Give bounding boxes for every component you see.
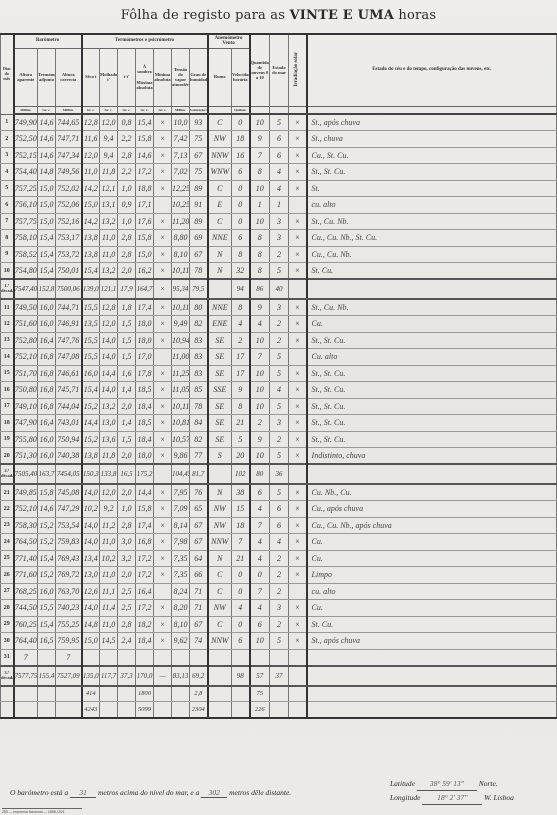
cell-tens: 8,80 — [172, 230, 190, 247]
cell-diff: 2,8 — [118, 616, 136, 633]
cell-max: 170,0 — [136, 666, 154, 686]
cell-max: 16,2 — [136, 263, 154, 280]
day-cell: 12 — [1, 316, 14, 333]
cell-rumo: C — [208, 114, 232, 131]
cell-rumo — [208, 464, 232, 484]
cell-mar: 5 — [270, 114, 289, 131]
cell-min: × — [154, 600, 172, 617]
cell-seco: 15,5 — [82, 349, 100, 366]
cell-hum: 80 — [190, 299, 208, 316]
cell-molh: 13,6 — [100, 431, 118, 448]
table-row: 5757,2515,0752,0214,212,11,018,8×12,2589… — [1, 180, 557, 197]
header-diff: t-t' — [118, 48, 136, 106]
cell-mar: 3 — [270, 299, 289, 316]
table-row: 26771,6015,2769,7213,011,02,017,2×7,3566… — [1, 567, 557, 584]
table-row: 21749,8515,8745,0814,012,02,014,4×7,9576… — [1, 484, 557, 501]
cell-alt-ap: 751,60 — [14, 316, 38, 333]
header-min: Mínima absoluta — [154, 48, 172, 106]
cell-rumo: NW — [208, 131, 232, 148]
cell-hum: 93 — [190, 114, 208, 131]
cell-term: 16,8 — [38, 349, 56, 366]
cell-obs: St., St. Cu. — [307, 398, 557, 415]
day-cell — [1, 702, 14, 718]
cell-diff — [118, 702, 136, 718]
cell-irr — [289, 583, 307, 600]
cell-obs: St., Cu. Nb. — [307, 299, 557, 316]
unit-cell — [289, 106, 307, 114]
table-row: 8758,1015,4753,1713,811,02,815,8×8,8069N… — [1, 230, 557, 247]
cell-alt-ap: 760,25 — [14, 616, 38, 633]
cell-irr: × — [289, 382, 307, 399]
cell-mar — [270, 702, 289, 718]
cell-irr: × — [289, 365, 307, 382]
cell-nuv: 6 — [250, 484, 270, 501]
baro-distance-value: 302 — [201, 788, 227, 798]
cell-vel — [232, 649, 250, 666]
unit-cell — [250, 106, 270, 114]
day-cell: 2 — [1, 131, 14, 148]
cell-irr: × — [289, 114, 307, 131]
cell-term: 16,0 — [38, 316, 56, 333]
cell-vel: 8 — [232, 398, 250, 415]
unit-cell: Gr. c. — [38, 106, 56, 114]
table-row: 27768,2516,0763,7012,611,12,516,48,2471C… — [1, 583, 557, 600]
cell-irr: × — [289, 484, 307, 501]
cell-vel: 0 — [232, 567, 250, 584]
cell-molh: 11,8 — [100, 164, 118, 181]
cell-alt-c: 753,72 — [56, 246, 82, 263]
cell-obs: Cu., St. Cu. — [307, 147, 557, 164]
cell-alt-ap: 750,80 — [14, 382, 38, 399]
table-row: 2752,5014,6747,7111,69,42,215,8×7,4275NW… — [1, 131, 557, 148]
cell-obs: St., St. Cu. — [307, 431, 557, 448]
cell-hum: 71 — [190, 600, 208, 617]
cell-min: × — [154, 299, 172, 316]
cell-diff: 1,4 — [118, 415, 136, 432]
unit-cell — [270, 106, 289, 114]
cell-irr: × — [289, 616, 307, 633]
cell-obs — [307, 666, 557, 686]
cell-obs — [307, 702, 557, 718]
cell-alt-c: 745,08 — [56, 484, 82, 501]
cell-term: 16,4 — [38, 332, 56, 349]
cell-alt-ap — [14, 702, 38, 718]
cell-vel: 16 — [232, 147, 250, 164]
cell-diff: 2,4 — [118, 633, 136, 650]
day-cell: 30 — [1, 633, 14, 650]
cell-seco: 11,6 — [82, 131, 100, 148]
cell-mar: 2 — [270, 316, 289, 333]
day-cell: 24 — [1, 534, 14, 551]
cell-vel: 7 — [232, 534, 250, 551]
cell-tens: 11,25 — [172, 365, 190, 382]
unit-cell: Gr. c. — [100, 106, 118, 114]
cell-hum: 74 — [190, 633, 208, 650]
table-row: 18747,9016,4743,0114,413,01,418,5×10,818… — [1, 415, 557, 432]
cell-hum: 78 — [190, 263, 208, 280]
cell-nuv: 75 — [250, 686, 270, 702]
cell-seco: 15,5 — [82, 332, 100, 349]
cell-nuv: 4 — [250, 550, 270, 567]
cell-max: 17,1 — [136, 197, 154, 214]
header-speed: Velocidade horária — [232, 48, 250, 106]
cell-diff: 0,9 — [118, 197, 136, 214]
cell-molh: 13,0 — [100, 415, 118, 432]
day-cell: 31 — [1, 649, 14, 666]
cell-molh: 9,4 — [100, 147, 118, 164]
cell-max: 164,7 — [136, 279, 154, 299]
cell-alt-ap: 771,40 — [14, 550, 38, 567]
cell-hum: 2304 — [190, 702, 208, 718]
cell-mar: 2 — [270, 550, 289, 567]
cell-nuv: 9 — [250, 431, 270, 448]
day-cell — [1, 686, 14, 702]
cell-alt-ap: 757,25 — [14, 180, 38, 197]
header-sky-state: Estado do céu e do tempo, configuração d… — [307, 34, 557, 106]
cell-irr: × — [289, 398, 307, 415]
cell-vel: 18 — [232, 131, 250, 148]
cell-obs: St. — [307, 180, 557, 197]
header-humidity: Grau de humidade — [190, 48, 208, 106]
cell-diff: 2,8 — [118, 246, 136, 263]
cell-alt-c: 752,02 — [56, 180, 82, 197]
cell-alt-c: 749,56 — [56, 164, 82, 181]
cell-min — [154, 349, 172, 366]
cell-alt-c: 7 — [56, 649, 82, 666]
cell-tens: 10,0 — [172, 114, 190, 131]
cell-alt-ap: 752,15 — [14, 147, 38, 164]
cell-max: 1800 — [136, 686, 154, 702]
table-row: 30764,4016,5759,9515,014,52,418,4×9,6274… — [1, 633, 557, 650]
cell-alt-ap: 752,80 — [14, 332, 38, 349]
cell-term: 16,0 — [38, 583, 56, 600]
cell-irr — [289, 686, 307, 702]
cell-tens: 7,13 — [172, 147, 190, 164]
cell-irr: × — [289, 263, 307, 280]
cell-hum: 67 — [190, 616, 208, 633]
cell-hum: 79,5 — [190, 279, 208, 299]
cell-vel: 94 — [232, 279, 250, 299]
cell-alt-c: 750,01 — [56, 263, 82, 280]
cell-alt-ap: 751,30 — [14, 448, 38, 465]
cell-rumo: NNW — [208, 534, 232, 551]
day-cell: 4 — [1, 164, 14, 181]
coordinates: Latitude 38° 59' 13'' Norte. Longitude 1… — [390, 777, 514, 805]
cell-min: × — [154, 382, 172, 399]
cell-tens: 7,35 — [172, 567, 190, 584]
cell-nuv: 8 — [250, 246, 270, 263]
cell-max: 17,4 — [136, 517, 154, 534]
table-row: 17749,1016,8744,0415,213,22,018,4×10,117… — [1, 398, 557, 415]
cell-max: 18,4 — [136, 431, 154, 448]
cell-tens: 11,00 — [172, 349, 190, 366]
cell-diff — [118, 649, 136, 666]
cell-max: 15,8 — [136, 501, 154, 518]
cell-max: 15,8 — [136, 131, 154, 148]
cell-molh: 117,7 — [100, 666, 118, 686]
table-row: 1749,9014,6744,6512,812,00,815,4×10,093C… — [1, 114, 557, 131]
cell-alt-c: 740,38 — [56, 448, 82, 465]
cell-nuv: 10 — [250, 114, 270, 131]
cell-rumo — [208, 686, 232, 702]
cell-term: 15,4 — [38, 616, 56, 633]
cell-molh: 13,2 — [100, 213, 118, 230]
cell-rumo: NW — [208, 517, 232, 534]
cell-rumo: SE — [208, 365, 232, 382]
cell-molh: 10,2 — [100, 550, 118, 567]
cell-diff: 2,5 — [118, 583, 136, 600]
day-cell: 7 — [1, 213, 14, 230]
header-clouds: Quantidade de nuvens 0 a 10 — [250, 34, 270, 106]
cell-alt-c — [56, 686, 82, 702]
cell-alt-ap: 7547,40 — [14, 279, 38, 299]
cell-max: 15,0 — [136, 246, 154, 263]
cell-tens: 83,13 — [172, 666, 190, 686]
cell-seco: 15,5 — [82, 299, 100, 316]
cell-mar: 5 — [270, 349, 289, 366]
cell-vel: 6 — [232, 230, 250, 247]
cell-obs: St., St. Cu. — [307, 164, 557, 181]
cell-max: 18,5 — [136, 382, 154, 399]
cell-molh: 121,1 — [100, 279, 118, 299]
cell-obs: St., Cu. Nb. — [307, 213, 557, 230]
cell-alt-ap: 755,80 — [14, 431, 38, 448]
cell-vel: 0 — [232, 616, 250, 633]
cell-molh: 14,0 — [100, 349, 118, 366]
cell-tens: 7,09 — [172, 501, 190, 518]
cell-rumo — [208, 666, 232, 686]
cell-hum: 82 — [190, 316, 208, 333]
cell-hum: 85 — [190, 382, 208, 399]
cell-alt-ap: 747,90 — [14, 415, 38, 432]
title-suffix: horas — [394, 8, 436, 23]
cell-alt-ap: 7577,75 — [14, 666, 38, 686]
cell-nuv: 7 — [250, 147, 270, 164]
cell-alt-ap: 752,10 — [14, 349, 38, 366]
table-row: 25771,4015,4769,4313,410,23,217,2×7,3564… — [1, 550, 557, 567]
cell-term: 16,0 — [38, 431, 56, 448]
cell-irr — [289, 702, 307, 718]
cell-vel: 18 — [232, 517, 250, 534]
baro-height-value: 31 — [70, 788, 96, 798]
cell-max: 17,2 — [136, 567, 154, 584]
cell-mar: 5 — [270, 448, 289, 465]
cell-obs: Cu. — [307, 316, 557, 333]
cell-hum: 67 — [190, 517, 208, 534]
cell-nuv: 10 — [250, 180, 270, 197]
cell-rumo: NNE — [208, 230, 232, 247]
cell-tens: 8,10 — [172, 616, 190, 633]
cell-max: 17,6 — [136, 213, 154, 230]
unit-cell: Gr. c. — [118, 106, 136, 114]
cell-term: 155,4 — [38, 666, 56, 686]
cell-min: × — [154, 398, 172, 415]
cell-term: 14,6 — [38, 131, 56, 148]
cell-vel: 20 — [232, 448, 250, 465]
cell-molh: 11,0 — [100, 230, 118, 247]
day-cell: 10 — [1, 263, 14, 280]
cell-alt-c: 769,43 — [56, 550, 82, 567]
cell-hum: 83 — [190, 349, 208, 366]
cell-diff: 2,5 — [118, 600, 136, 617]
cell-diff: 1,0 — [118, 213, 136, 230]
cell-obs: St., St. Cu. — [307, 365, 557, 382]
header-alt-apparent: Altura aparente — [14, 48, 38, 106]
cell-tens — [172, 702, 190, 718]
cell-alt-ap: 752,10 — [14, 501, 38, 518]
table-row: 9758,5215,4753,7213,811,02,815,0×8,1067N… — [1, 246, 557, 263]
unit-cell: Quilóm. — [232, 106, 250, 114]
cell-term — [38, 686, 56, 702]
cell-min: × — [154, 246, 172, 263]
cell-mar — [270, 649, 289, 666]
cell-nuv: 10 — [250, 382, 270, 399]
cell-diff: 2,0 — [118, 448, 136, 465]
cell-seco: 14,8 — [82, 616, 100, 633]
cell-min — [154, 464, 172, 484]
cell-max: 175,2 — [136, 464, 154, 484]
cell-obs: St., após chuva — [307, 633, 557, 650]
latitude-label: Latitude — [390, 779, 415, 788]
baro-prefix: O barómetro está a — [10, 788, 68, 797]
cell-obs: cu. alto — [307, 197, 557, 214]
cell-hum: 65 — [190, 501, 208, 518]
cell-alt-c: 769,72 — [56, 567, 82, 584]
cell-obs: Cu., após chuva — [307, 501, 557, 518]
cell-min: × — [154, 501, 172, 518]
cell-min: × — [154, 431, 172, 448]
cell-rumo: SE — [208, 398, 232, 415]
cell-max: 18,2 — [136, 616, 154, 633]
unit-cell: Gr. c. — [82, 106, 100, 114]
cell-vel: 6 — [232, 633, 250, 650]
cell-diff: 2,8 — [118, 147, 136, 164]
cell-nuv: 10 — [250, 448, 270, 465]
cell-hum: 82 — [190, 431, 208, 448]
cell-term: 15,5 — [38, 600, 56, 617]
cell-term: 15,0 — [38, 180, 56, 197]
cell-term — [38, 649, 56, 666]
cell-vel — [232, 686, 250, 702]
cell-alt-ap: 764,50 — [14, 534, 38, 551]
cell-max: 17,4 — [136, 299, 154, 316]
cell-obs — [307, 686, 557, 702]
cell-term: 15,2 — [38, 567, 56, 584]
cell-nuv: 10 — [250, 398, 270, 415]
cell-seco: 14,0 — [82, 600, 100, 617]
cell-term: 16,0 — [38, 448, 56, 465]
cell-hum: 66 — [190, 567, 208, 584]
max-label: Máxima absoluta — [136, 80, 152, 90]
cell-mar: 2 — [270, 583, 289, 600]
unit-cell: Saturação=100 — [190, 106, 208, 114]
unit-cell — [307, 106, 557, 114]
cell-term: 16,4 — [38, 415, 56, 432]
cell-term: 16,8 — [38, 398, 56, 415]
cell-obs: Cu. — [307, 600, 557, 617]
cell-irr: × — [289, 131, 307, 148]
cell-diff: 3,2 — [118, 550, 136, 567]
cell-obs: St., chuva — [307, 131, 557, 148]
day-cell: 29 — [1, 616, 14, 633]
cell-irr: × — [289, 633, 307, 650]
cell-term: 15,0 — [38, 213, 56, 230]
cell-alt-c: 753,54 — [56, 517, 82, 534]
cell-tens: 10,81 — [172, 415, 190, 432]
cell-rumo — [208, 649, 232, 666]
cell-molh: 14,0 — [100, 382, 118, 399]
cell-molh: 9,4 — [100, 131, 118, 148]
cell-term: 14,8 — [38, 164, 56, 181]
cell-term: 15,4 — [38, 246, 56, 263]
shade-label: Á sombra — [137, 64, 152, 74]
cell-max: 18,8 — [136, 180, 154, 197]
cell-obs — [307, 649, 557, 666]
cell-molh: 9,2 — [100, 501, 118, 518]
cell-alt-ap: 754,80 — [14, 263, 38, 280]
cell-diff: 1,5 — [118, 332, 136, 349]
cell-irr: × — [289, 501, 307, 518]
cell-mar: 5 — [270, 633, 289, 650]
cell-rumo: NNE — [208, 299, 232, 316]
cell-hum: 91 — [190, 197, 208, 214]
cell-tens: 12,25 — [172, 180, 190, 197]
cell-nuv: 4 — [250, 316, 270, 333]
cell-diff: 2,0 — [118, 398, 136, 415]
day-cell: 13 — [1, 332, 14, 349]
cell-min: × — [154, 550, 172, 567]
cell-diff — [118, 686, 136, 702]
cell-obs: Cu., Cu. Nb., após chuva — [307, 517, 557, 534]
day-cell: 23 — [1, 517, 14, 534]
cell-min: × — [154, 131, 172, 148]
cell-alt-c: 7454,05 — [56, 464, 82, 484]
cell-rumo: SSE — [208, 382, 232, 399]
cell-nuv: 7 — [250, 517, 270, 534]
table-row: 19755,8016,0750,9415,213,61,518,4×10,578… — [1, 431, 557, 448]
cell-obs: Cu., Cu. Nb. — [307, 246, 557, 263]
cell-max: 18,0 — [136, 332, 154, 349]
cell-nuv: 8 — [250, 263, 270, 280]
cell-alt-c: 763,70 — [56, 583, 82, 600]
header-vapor: Tensão do vapor atmosférico — [172, 48, 190, 106]
longitude-line: Longitude 18° 2' 37'' W. Lisboa — [390, 791, 514, 805]
cell-obs: Limpo — [307, 567, 557, 584]
cell-irr — [289, 666, 307, 686]
cell-alt-c: 747,34 — [56, 147, 82, 164]
cell-rumo: SE — [208, 332, 232, 349]
cell-obs: Cu. Nb., Cu. — [307, 484, 557, 501]
cell-vel: 0 — [232, 197, 250, 214]
day-cell: 20 — [1, 448, 14, 465]
cell-molh: 13,1 — [100, 197, 118, 214]
cell-alt-c: 759,83 — [56, 534, 82, 551]
cell-alt-ap: 751,70 — [14, 365, 38, 382]
cell-rumo: N — [208, 484, 232, 501]
header-sea: Estado do mar — [270, 34, 289, 106]
day-cell: 17 — [1, 398, 14, 415]
cell-vel: 4 — [232, 600, 250, 617]
cell-min: × — [154, 147, 172, 164]
cell-min: × — [154, 279, 172, 299]
cell-rumo: NW — [208, 600, 232, 617]
cell-tens: 8,10 — [172, 246, 190, 263]
day-cell: 11 — [1, 299, 14, 316]
cell-tens: 9,86 — [172, 448, 190, 465]
cell-hum: 67 — [190, 246, 208, 263]
cell-vel: 15 — [232, 501, 250, 518]
cell-alt-ap: 749,90 — [14, 114, 38, 131]
